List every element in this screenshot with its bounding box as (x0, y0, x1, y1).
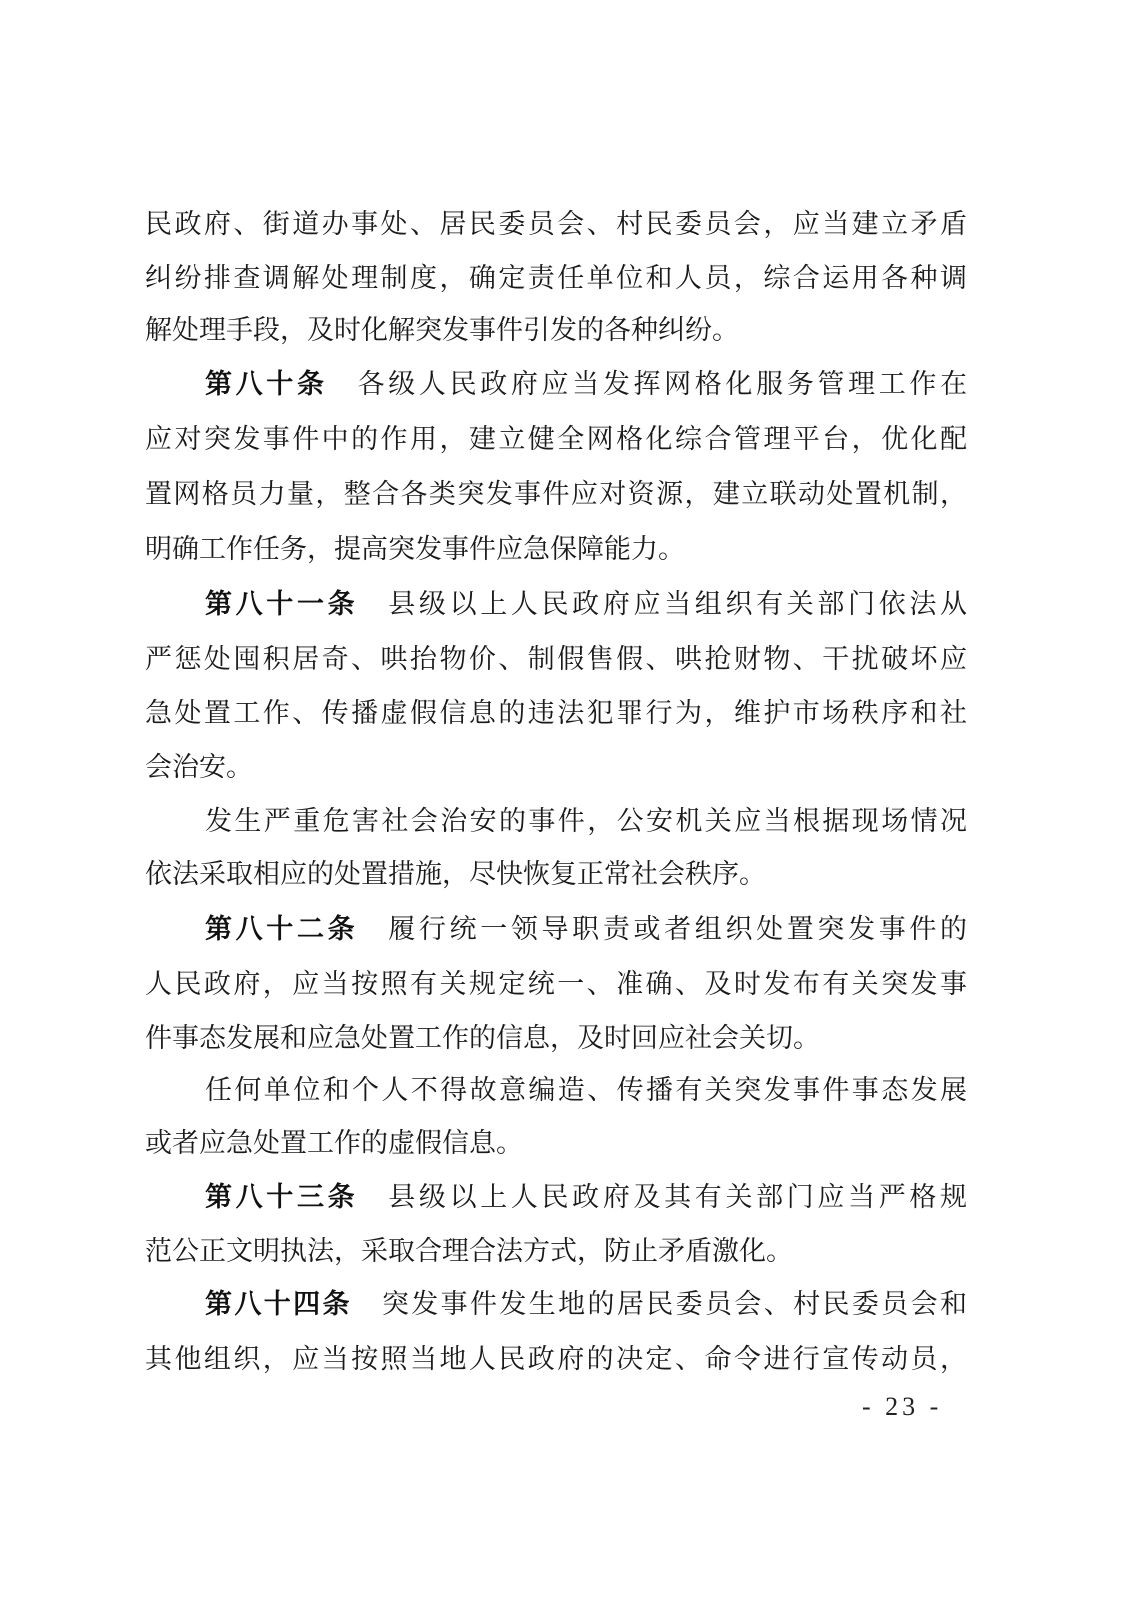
article-heading: 第八十条 (205, 369, 328, 400)
text-line: 其他组织，应当按照当地人民政府的决定、命令进行宣传动员， (145, 1340, 967, 1380)
text-line: 范公正文明执法，采取合理合法方式，防止矛盾激化。 (145, 1232, 967, 1272)
document-page: 民政府、街道办事处、居民委员会、村民委员会，应当建立矛盾 纠纷排查调解处理制度，… (0, 0, 1132, 1600)
article-heading: 第八十二条 (205, 914, 358, 945)
text-line: 解处理手段，及时化解突发事件引发的各种纠纷。 (145, 311, 967, 351)
text-line: 应对突发事件中的作用，建立健全网格化综合管理平台，优化配 (145, 420, 967, 460)
text-line: 会治安。 (145, 748, 967, 788)
article-84-first-line: 第八十四条突发事件发生地的居民委员会、村民委员会和 (205, 1285, 967, 1325)
text-line: 民政府、街道办事处、居民委员会、村民委员会，应当建立矛盾 (145, 205, 967, 245)
article-heading: 第八十三条 (205, 1182, 358, 1213)
text-line: 严惩处囤积居奇、哄抬物价、制假售假、哄抢财物、干扰破坏应 (145, 640, 967, 680)
article-heading: 第八十一条 (205, 589, 358, 620)
article-text: 县级以上人民政府及其有关部门应当严格规 (388, 1182, 967, 1213)
article-text: 各级人民政府应当发挥网格化服务管理工作在 (358, 369, 967, 400)
article-81-first-line: 第八十一条县级以上人民政府应当组织有关部门依法从 (205, 585, 967, 625)
text-line: 依法采取相应的处置措施，尽快恢复正常社会秩序。 (145, 855, 967, 895)
article-text: 县级以上人民政府应当组织有关部门依法从 (388, 589, 967, 620)
article-82-first-line: 第八十二条履行统一领导职责或者组织处置突发事件的 (205, 910, 967, 950)
text-line: 任何单位和个人不得故意编造、传播有关突发事件事态发展 (205, 1071, 967, 1111)
text-line: 急处置工作、传播虚假信息的违法犯罪行为，维护市场秩序和社 (145, 694, 967, 734)
text-line: 纠纷排查调解处理制度，确定责任单位和人员，综合运用各种调 (145, 259, 967, 299)
text-line: 或者应急处置工作的虚假信息。 (145, 1124, 967, 1164)
article-text: 突发事件发生地的居民委员会、村民委员会和 (382, 1289, 967, 1320)
article-text: 履行统一领导职责或者组织处置突发事件的 (388, 914, 967, 945)
text-line: 发生严重危害社会治安的事件，公安机关应当根据现场情况 (205, 802, 967, 842)
text-line: 明确工作任务，提高突发事件应急保障能力。 (145, 530, 967, 570)
article-80-first-line: 第八十条各级人民政府应当发挥网格化服务管理工作在 (205, 365, 967, 405)
page-number: - 23 - (862, 1392, 942, 1422)
text-line: 置网格员力量，整合各类突发事件应对资源，建立联动处置机制， (145, 475, 967, 515)
article-83-first-line: 第八十三条县级以上人民政府及其有关部门应当严格规 (205, 1178, 967, 1218)
text-line: 人民政府，应当按照有关规定统一、准确、及时发布有关突发事 (145, 965, 967, 1005)
text-line: 件事态发展和应急处置工作的信息，及时回应社会关切。 (145, 1019, 967, 1059)
article-heading: 第八十四条 (205, 1289, 352, 1320)
